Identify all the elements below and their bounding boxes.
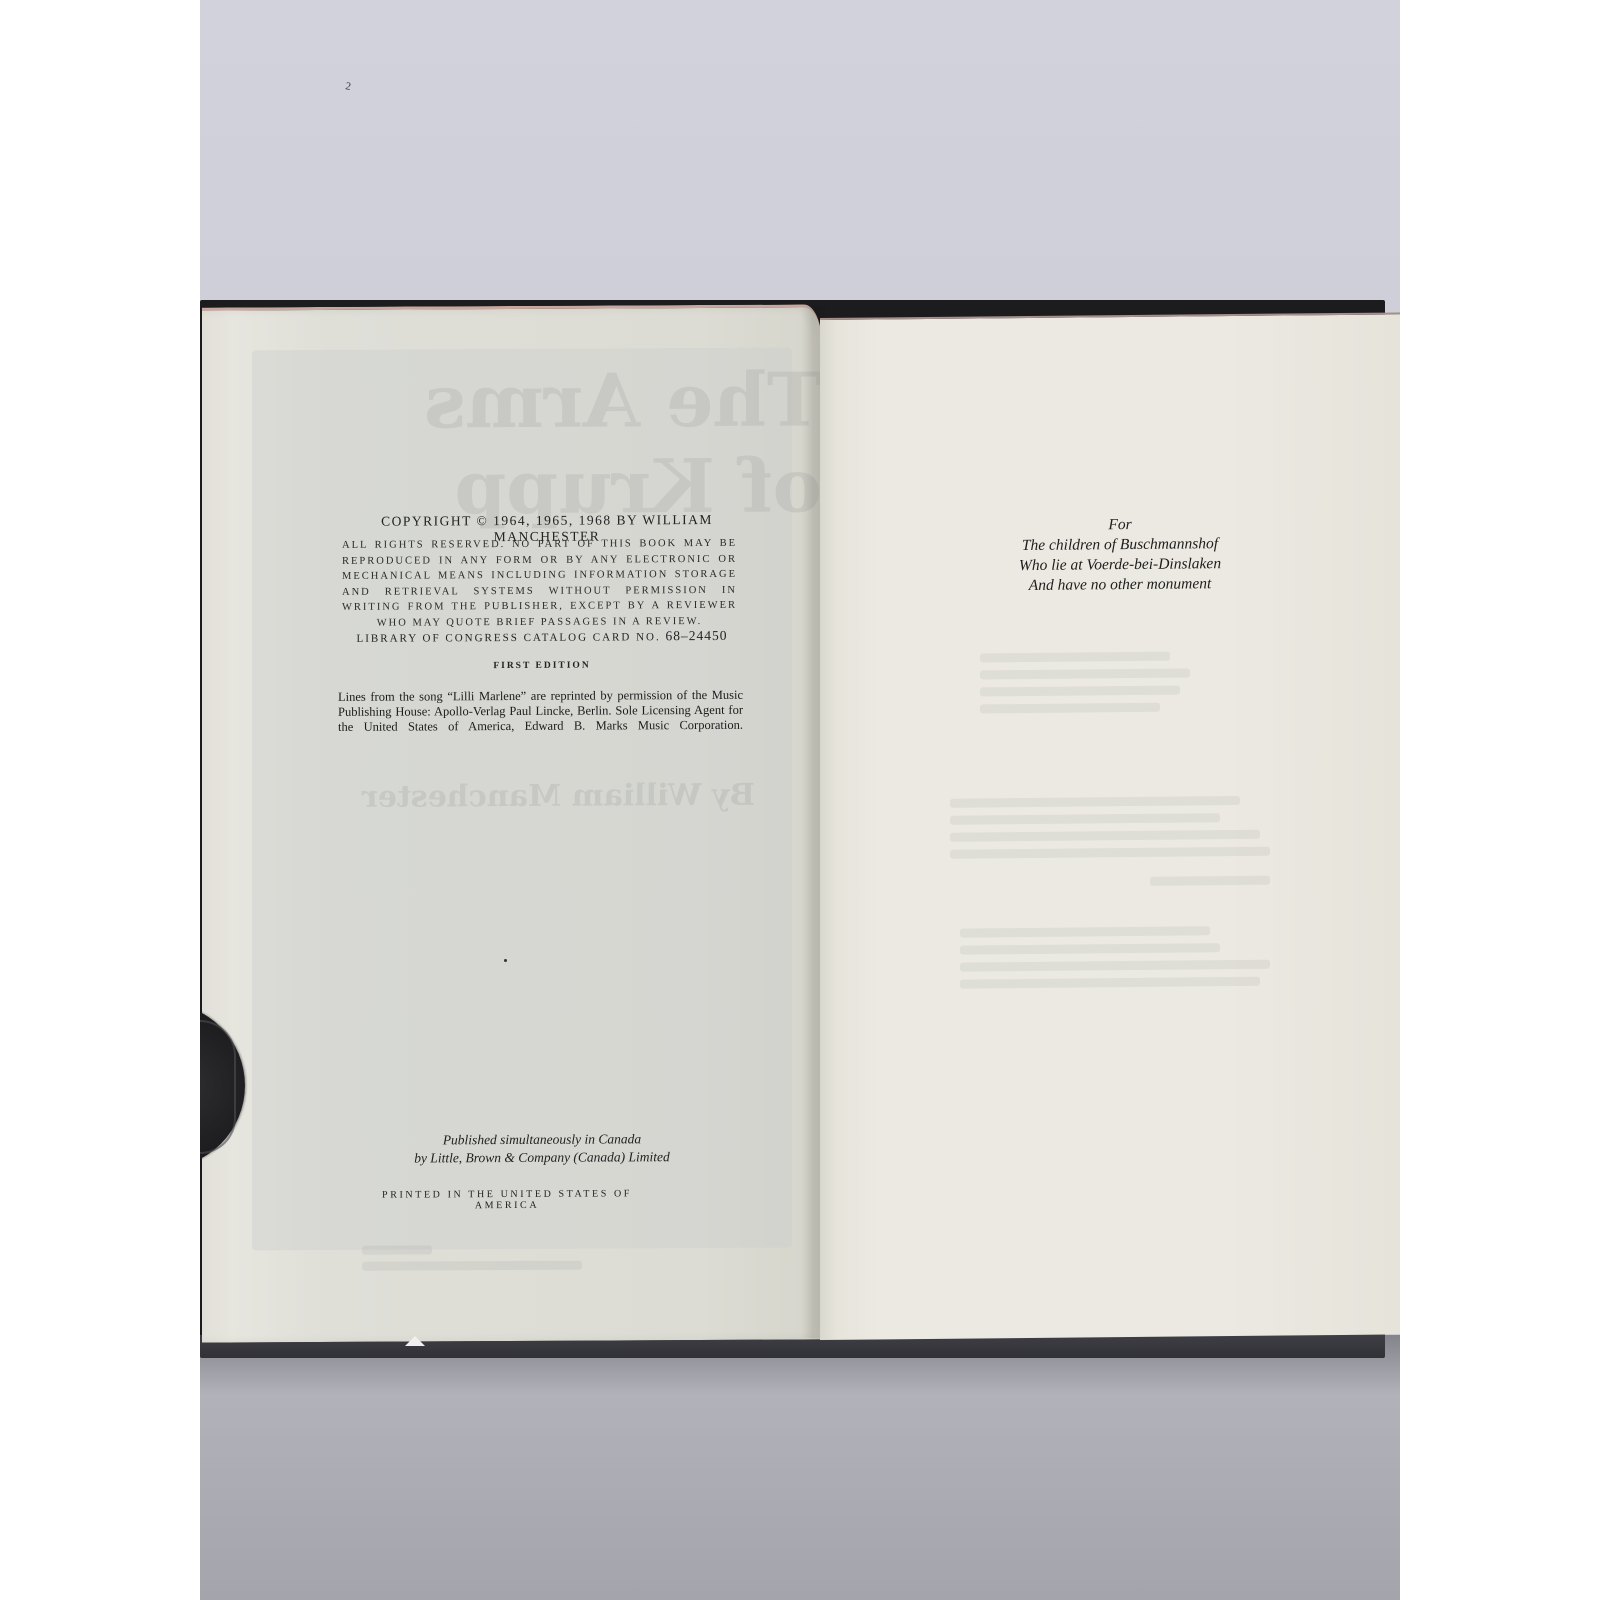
- show-through-line: [980, 686, 1180, 697]
- show-through-title: The Arms of Krupp: [342, 357, 822, 532]
- dedication-line-3: Who lie at Voerde-bei-Dinslaken: [980, 554, 1260, 577]
- canada-line-2: by Little, Brown & Company (Canada) Limi…: [352, 1148, 732, 1168]
- show-through-line: [960, 960, 1270, 972]
- show-through-line: [362, 1245, 432, 1254]
- show-through-line: [980, 652, 1170, 663]
- rights-reserved-text: ALL RIGHTS RESERVED. NO PART OF THIS BOO…: [342, 536, 737, 631]
- show-through-line: [950, 847, 1270, 859]
- dedication-line-4: And have no other monument: [980, 574, 1260, 597]
- copyright-page: The Arms of Krupp By William Manchester …: [202, 304, 822, 1342]
- show-through-author: By William Manchester: [362, 778, 755, 815]
- printed-in-usa: PRINTED IN THE UNITED STATES OF AMERICA: [352, 1188, 662, 1212]
- show-through-line: [1150, 876, 1270, 886]
- book-photo: ₂ The Arms of Krupp By William Mancheste…: [200, 0, 1400, 1600]
- show-through-line: [362, 1261, 582, 1271]
- dedication-line-1: For: [980, 514, 1260, 537]
- catalog-number: 68–24450: [665, 628, 727, 643]
- catalog-prefix: LIBRARY OF CONGRESS CATALOG CARD NO.: [357, 631, 661, 645]
- canada-publication-note: Published simultaneously in Canada by Li…: [352, 1130, 732, 1168]
- show-through-line: [950, 830, 1260, 842]
- show-through-line: [960, 977, 1260, 989]
- dedication-text: For The children of Buschmannshof Who li…: [980, 514, 1260, 597]
- show-through-line: [980, 668, 1190, 679]
- stray-mark: ₂: [344, 70, 354, 92]
- canada-line-1: Published simultaneously in Canada: [352, 1130, 732, 1150]
- show-through-line: [960, 943, 1220, 954]
- dedication-page: For The children of Buschmannshof Who li…: [820, 312, 1400, 1340]
- show-through-line: [950, 813, 1220, 825]
- speck: [504, 959, 507, 962]
- sticker-ring: [200, 1020, 236, 1154]
- show-through-line: [960, 926, 1210, 937]
- show-through-line: [950, 796, 1240, 808]
- edition-label: FIRST EDITION: [352, 660, 732, 672]
- cover-shadow: [200, 1335, 1400, 1395]
- catalog-card-number: LIBRARY OF CONGRESS CATALOG CARD NO. 68–…: [352, 628, 732, 646]
- permission-note: Lines from the song “Lilli Marlene” are …: [338, 688, 743, 735]
- dedication-line-2: The children of Buschmannshof: [980, 534, 1260, 557]
- show-through-line: [980, 703, 1160, 714]
